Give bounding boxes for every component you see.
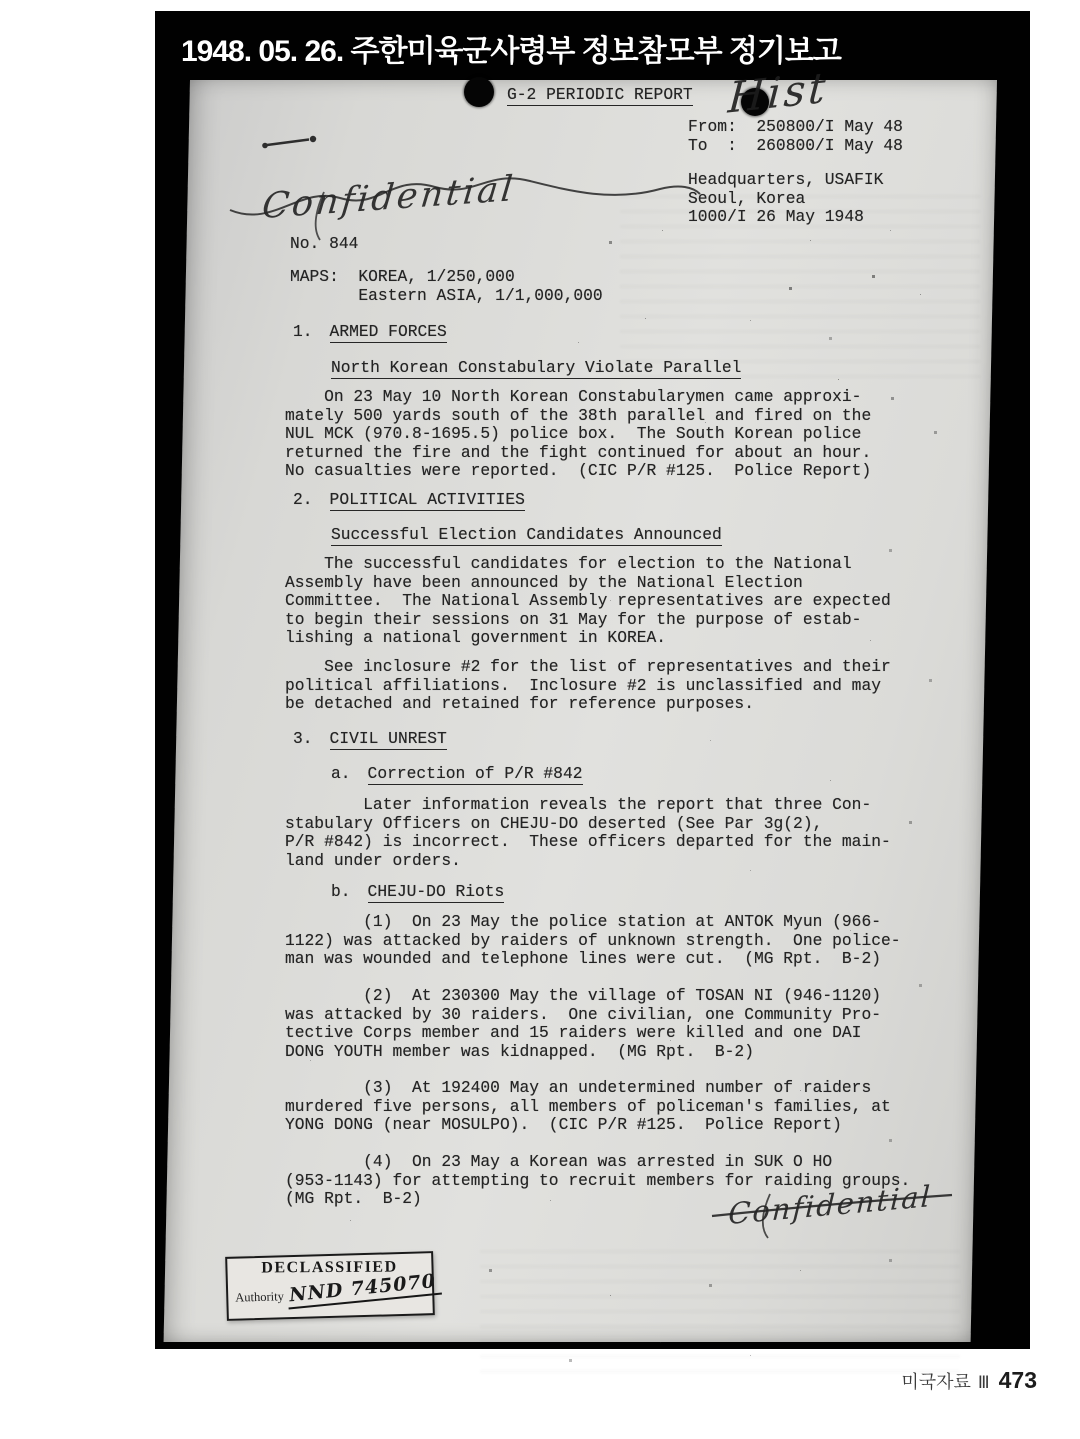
maps-list: MAPS: KOREA, 1/250,000 Eastern ASIA, 1/1…	[290, 268, 603, 305]
section-3-heading: 3.CIVIL UNREST	[293, 730, 447, 749]
scan-background: 1948. 05. 26. 주한미육군사령부 정보참모부 정기보고 G-2 PE…	[155, 11, 1030, 1349]
section-1-title: ARMED FORCES	[330, 322, 447, 343]
section-3a-heading: a.Correction of P/R #842	[331, 765, 583, 784]
page: 1948. 05. 26. 주한미육군사령부 정보참모부 정기보고 G-2 PE…	[0, 0, 1080, 1439]
section-3b-heading: b.CHEJU-DO Riots	[331, 883, 504, 902]
report-period: From: 250800/I May 48 To : 260800/I May …	[688, 118, 903, 155]
section-2-subheading: Successful Election Candidates Announced	[331, 526, 722, 545]
report-number: No. 844	[290, 235, 358, 254]
section-3a-paragraph: Later information reveals the report tha…	[285, 796, 891, 870]
handwriting-confidential-bottom: Confidential	[710, 1176, 955, 1242]
section-2-paragraph-2: See inclosure #2 for the list of represe…	[285, 658, 891, 714]
footer-page-number: 473	[999, 1367, 1037, 1393]
declassified-stamp: DECLASSIFIED Authority NND 745070	[225, 1251, 435, 1321]
section-3-number: 3.	[293, 729, 313, 748]
section-1-number: 1.	[293, 322, 313, 341]
section-1-subheading: North Korean Constabulary Violate Parall…	[331, 359, 741, 378]
section-1-paragraph: On 23 May 10 North Korean Constabularyme…	[285, 388, 871, 481]
hole-punch-left-icon	[464, 77, 494, 107]
section-3b-letter: b.	[331, 882, 351, 901]
footer-volume: Ⅲ	[978, 1373, 990, 1392]
section-3b-paragraph-3: (3) At 192400 May an undetermined number…	[285, 1079, 891, 1135]
section-3a-letter: a.	[331, 764, 351, 783]
bleed-through-bottom	[480, 1245, 960, 1385]
section-2-heading: 2.POLITICAL ACTIVITIES	[293, 491, 525, 510]
report-title: G-2 PERIODIC REPORT	[507, 86, 693, 105]
section-2-number: 2.	[293, 490, 313, 509]
pen-arrow-mark	[260, 134, 322, 155]
section-2-paragraph-1: The successful candidates for election t…	[285, 555, 891, 648]
report-issuer: Headquarters, USAFIK Seoul, Korea 1000/I…	[688, 171, 883, 227]
section-3-title: CIVIL UNREST	[330, 729, 447, 750]
report-title-text: G-2 PERIODIC REPORT	[507, 85, 693, 106]
section-3a-title: Correction of P/R #842	[368, 764, 583, 785]
section-3b-paragraph-2: (2) At 230300 May the village of TOSAN N…	[285, 987, 881, 1061]
footer-label: 미국자료	[901, 1372, 971, 1392]
paper-noise	[190, 80, 191, 81]
handwriting-hist: Hist	[727, 62, 830, 122]
stamp-authority-label: Authority	[235, 1289, 284, 1305]
section-3b-title: CHEJU-DO Riots	[368, 882, 505, 903]
section-3b-paragraph-1: (1) On 23 May the police station at ANTO…	[285, 913, 901, 969]
page-footer: 미국자료Ⅲ473	[700, 1367, 1037, 1394]
section-2-title: POLITICAL ACTIVITIES	[330, 490, 525, 511]
document-content: G-2 PERIODIC REPORT Hist From: 250800/I …	[190, 80, 997, 1342]
section-1-heading: 1.ARMED FORCES	[293, 323, 447, 342]
korean-header-title: 1948. 05. 26. 주한미육군사령부 정보참모부 정기보고	[181, 26, 841, 70]
